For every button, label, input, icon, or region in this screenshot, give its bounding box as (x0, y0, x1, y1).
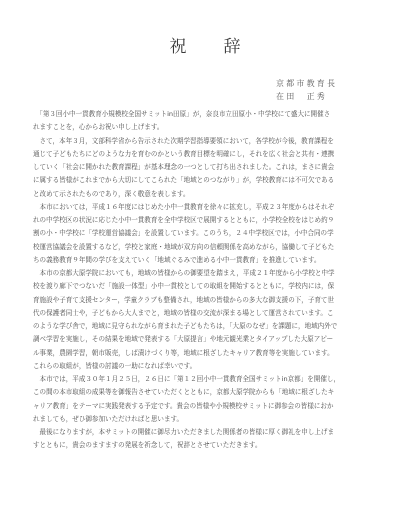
text-line: れましても，ぜひ御参加いただければと思います。 (33, 413, 388, 426)
document-title: 祝 辞 (0, 32, 420, 57)
text-line: していく「社会に開かれた教育課程」が基本理念の一つとして打ち出されました。これは… (33, 161, 388, 174)
text-line: と改めて示されたものであり，深く敬意を表します。 (33, 188, 388, 201)
signature-organization: 京都市教育長 (276, 77, 337, 90)
text-line: ちの義務教育９年間の学びを支えていく「地域ぐるみで進める小中一貫教育」を推進して… (33, 254, 388, 267)
text-line: 校を渡り廊下でつないだ「施設一体型」小中一貫校としての取組を開始するとともに，学… (33, 280, 388, 293)
text-line: これらの取組が，皆様の討議の一助になれば幸いです。 (33, 360, 388, 373)
text-line: 通じて子どもたちにどのような力を育むのかという教育目標を明確にし，それを広く社会… (33, 148, 388, 161)
text-line: ャリア教育」をテーマに実践発表する予定です。貴会の皆様や小規模校サミットに御参会… (33, 400, 388, 413)
text-line: 本市の京都大原学院においても，地域の皆様からの御要望を踏まえ，平成２１年度から小… (33, 267, 388, 280)
text-line: れますことを，心からお祝い申し上げます。 (33, 121, 388, 134)
text-line: に属する皆様がこれまでから大切にしてこられた「地域とのつながり」が，学校教育には… (33, 174, 388, 187)
paragraph: 本市では，平成３０年１月２５日，２６日に「第１２回小中一貫教育全国サミットin京… (33, 373, 388, 426)
text-line: 最後になりますが，本サミットの開催に御尽力いただきました関係者の皆様に厚く御礼を… (33, 426, 388, 439)
text-line: 代の保護者同士や，子どもから大人までと，地域の皆様の交流が深まる場として運営され… (33, 307, 388, 320)
text-line: 「第３回小中一貫教育小規模校全国サミットin田原」が，奈良市立田原小・中学校にて… (33, 108, 388, 121)
document-body: 「第３回小中一貫教育小規模校全国サミットin田原」が，奈良市立田原小・中学校にて… (33, 108, 388, 453)
text-line: 本市では，平成３０年１月２５日，２６日に「第１２回小中一貫教育全国サミットin京… (33, 373, 388, 386)
text-line: 校運営協議会を設置するなど，学校と家庭・地域が双方向の信頼関係を高めながら，協働… (33, 241, 388, 254)
text-line: 割の小・中学校に「学校運営協議会」を設置しています。このうち，２４中学校区では，… (33, 227, 388, 240)
signature-block: 京都市教育長 在田 正秀 (276, 77, 337, 103)
paragraph: 「第３回小中一貫教育小規模校全国サミットin田原」が，奈良市立田原小・中学校にて… (33, 108, 388, 135)
text-line: 調べ学習を実施し，その結果を地域で発表する「大原提言」や地元観光業とタイアップし… (33, 333, 388, 346)
signature-name: 在田 正秀 (276, 90, 337, 103)
text-line: のような学び舎で，地域に見守られながら育まれた子どもたちは，「大原のなぜ」を課題… (33, 320, 388, 333)
paragraph: 本市においては，平成１６年度にはじめた小中一貫教育を徐々に拡充し，平成２３年度か… (33, 201, 388, 267)
paragraph: 最後になりますが，本サミットの開催に御尽力いただきました関係者の皆様に厚く御礼を… (33, 426, 388, 453)
text-line: 育施設や子育て支援センター，学童クラブも整備され，地域の皆様からの多大な御支援の… (33, 294, 388, 307)
text-line: 本市においては，平成１６年度にはじめた小中一貫教育を徐々に拡充し，平成２３年度か… (33, 201, 388, 214)
text-line: れの中学校区の状況に応じた小中一貫教育を全中学校区で展開するとともに，小学校全校… (33, 214, 388, 227)
text-line: ル事業，農園学習，朝市販売，しば漬けづくり等，地域に根ざしたキャリア教育等を実施… (33, 347, 388, 360)
text-line: さて，本年３月，文部科学省から告示された次期学習指導要領において，各学校が今後，… (33, 135, 388, 148)
text-line: この間の本市取組の成果等を御報告させていただくとともに，京都大原学院からも「地域… (33, 386, 388, 399)
paragraph: 本市の京都大原学院においても，地域の皆様からの御要望を踏まえ，平成２１年度から小… (33, 267, 388, 373)
paragraph: さて，本年３月，文部科学省から告示された次期学習指導要領において，各学校が今後，… (33, 135, 388, 201)
text-line: すとともに，貴会のますますの発展を祈念して，祝辞とさせていただきます。 (33, 439, 388, 452)
